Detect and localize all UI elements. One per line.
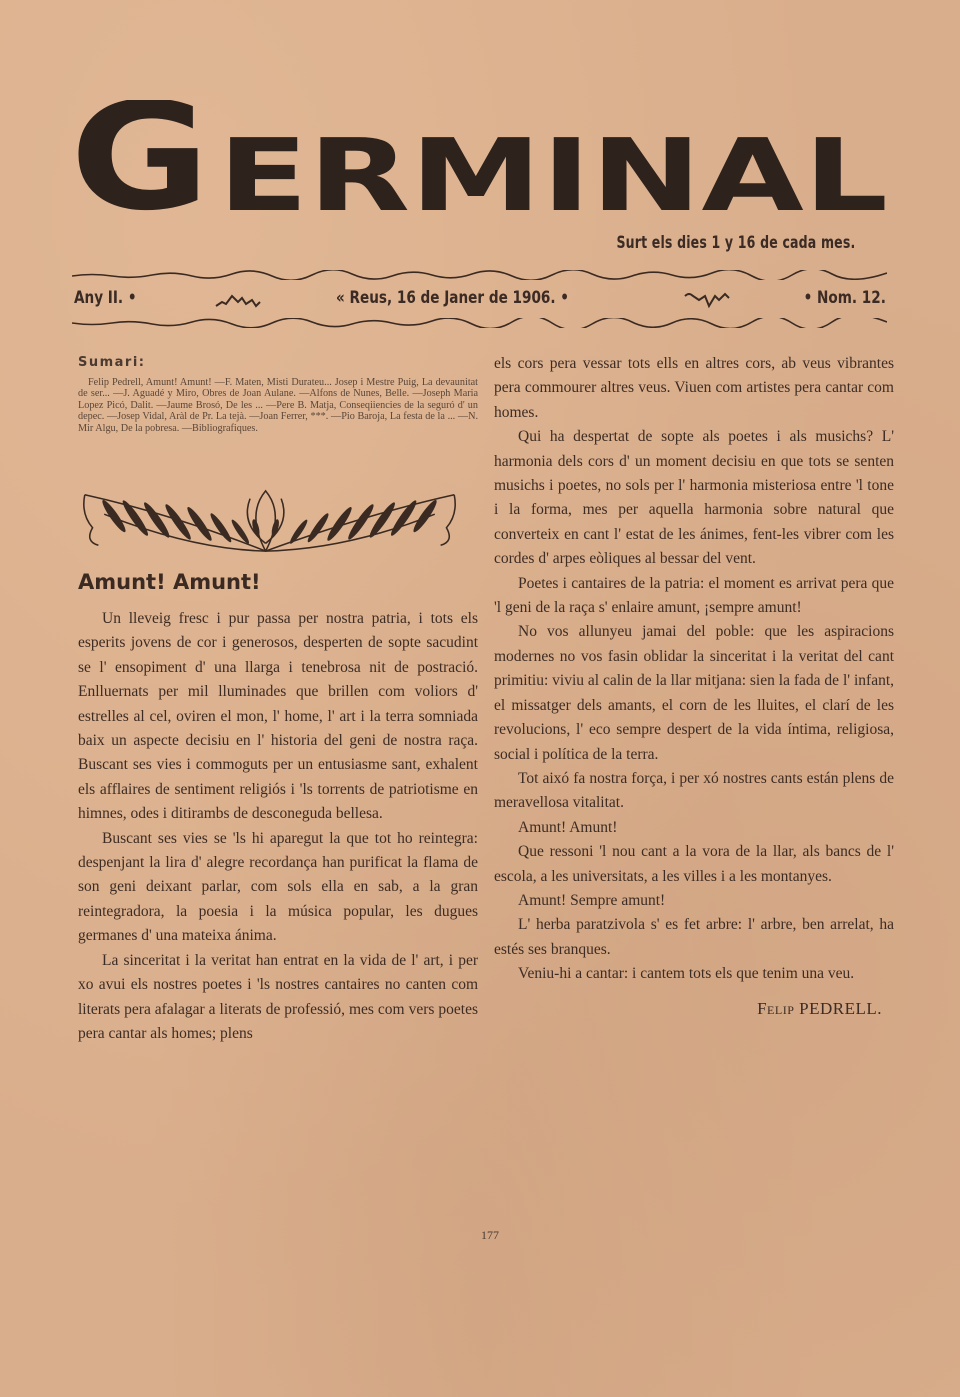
article-paragraph: La sinceritat i la veritat han entrat en…	[78, 949, 478, 1047]
squiggle-ornament-icon	[212, 290, 268, 312]
masthead-initial: G	[70, 100, 210, 220]
masthead-title: G ERMINAL	[70, 100, 890, 220]
article-paragraph: Amunt! Sempre amunt!	[494, 889, 894, 913]
summary-heading: Sumari:	[78, 355, 478, 371]
art-nouveau-ornament-icon	[72, 485, 467, 555]
article-paragraph: Buscant ses vies se 'ls hi aparegut la q…	[78, 827, 478, 949]
article-paragraph: Poetes i cantaires de la patria: el mome…	[494, 572, 894, 621]
article-paragraph: Qui ha despertat de sopte als poetes i a…	[494, 425, 894, 571]
article-paragraph: Amunt! Amunt!	[494, 816, 894, 840]
wavy-rule-top	[72, 270, 887, 280]
article-paragraph: els cors pera vessar tots ells en altres…	[494, 352, 894, 425]
summary-contents: Felip Pedrell, Amunt! Amunt! —F. Maten, …	[78, 377, 478, 467]
article-paragraph: Tot aixó fa nostra força, i per xó nostr…	[494, 767, 894, 816]
article-paragraph: Que ressoni 'l nou cant a la vora de la …	[494, 840, 894, 889]
volume-year: Any II. •	[74, 288, 137, 308]
article-paragraph: L' herba paratzivola s' es fet arbre: l'…	[494, 913, 894, 962]
left-column: Sumari: Felip Pedrell, Amunt! Amunt! —F.…	[78, 355, 478, 1046]
article-paragraph: Veniu-hi a cantar: i cantem tots els que…	[494, 962, 894, 986]
place-and-date: « Reus, 16 de Janer de 1906. •	[336, 288, 569, 308]
article-paragraph: Un lleveig fresc i pur passa per nostra …	[78, 607, 478, 827]
right-column: els cors pera vessar tots ells en altres…	[494, 352, 894, 1021]
page-number: 177	[481, 1228, 499, 1243]
publication-frequency: Surt els dies 1 y 16 de cada mes.	[616, 233, 855, 253]
masthead-logo: G ERMINAL	[70, 100, 890, 220]
author-signature: Felip PEDRELL.	[494, 997, 894, 1021]
wavy-rule-bottom	[72, 318, 887, 328]
issue-info-bar: Any II. • « Reus, 16 de Janer de 1906. •…	[74, 288, 886, 314]
issue-number: • Nom. 12.	[804, 288, 886, 308]
article-paragraph: No vos allunyeu jamai del poble: que les…	[494, 620, 894, 766]
masthead-rest: ERMINAL	[218, 117, 888, 220]
squiggle-ornament-icon	[679, 288, 735, 310]
article-title: Amunt! Amunt!	[78, 569, 478, 595]
